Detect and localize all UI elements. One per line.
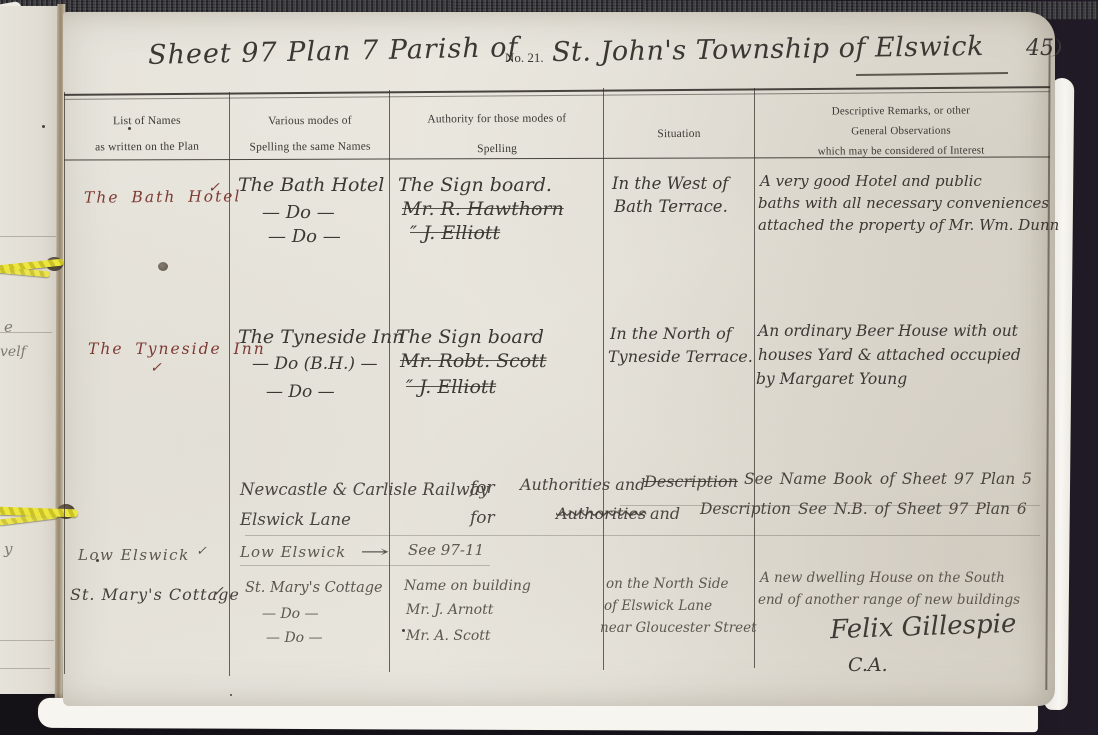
column-header-spelling-modes: Various modes of Spelling the same Names: [231, 107, 389, 160]
bath-hotel-authority-name: ″ J. Elliott: [410, 222, 500, 244]
entry-low-elswick-checkmark: ✓: [196, 544, 207, 559]
st-marys-authority-name: Mr. J. Arnott: [406, 602, 493, 618]
bath-hotel-authority-line: The Sign board.: [398, 174, 552, 196]
low-elswick-reference: See 97-11: [408, 541, 484, 559]
st-marys-situation-line: on the North Side: [606, 576, 729, 592]
elswick-lane-reference: Description See N.B. of Sheet 97 Plan 6: [700, 500, 1027, 518]
st-marys-remarks-line: A new dwelling House on the South: [760, 570, 1005, 586]
st-marys-situation-line: of Elswick Lane: [604, 598, 712, 614]
entry-low-elswick-name: Low Elswick: [78, 546, 190, 564]
tyneside-inn-spelling-line: The Tyneside Inn: [238, 326, 404, 348]
tyneside-inn-remarks-line: houses Yard & attached occupied: [758, 346, 1021, 364]
elswick-lane-and: and: [650, 504, 680, 523]
tyneside-inn-authority-line: The Sign board: [396, 326, 544, 348]
entry-bath-hotel-checkmark: ✓: [208, 180, 220, 196]
st-marys-remarks-line: end of another range of new buildings: [758, 592, 1020, 608]
tyneside-inn-authority-name: Mr. Robt. Scott: [400, 350, 547, 372]
bath-hotel-situation-line: Bath Terrace.: [614, 197, 728, 216]
scanned-document: e velf y Sheet 97 Plan 7 Parish of No. 2…: [0, 0, 1098, 735]
entry-tyneside-inn-checkmark: ✓: [150, 360, 162, 376]
table-vertical-line: [64, 92, 65, 674]
prev-page-rule: [0, 640, 54, 641]
st-marys-spelling-ditto: — Do —: [266, 630, 323, 646]
edge-handwriting-fragment: velf: [0, 344, 26, 360]
edge-handwriting-fragment: y: [4, 540, 12, 558]
edge-handwriting-fragment: e: [4, 318, 13, 336]
tyneside-inn-situation-line: In the North of: [610, 324, 732, 343]
paper-speck: [42, 125, 45, 128]
elswick-lane-name: Elswick Lane: [240, 510, 351, 529]
bath-hotel-spelling-ditto: — Do —: [262, 202, 335, 223]
bath-hotel-remarks-line: attached the property of Mr. Wm. Dunn: [758, 216, 1059, 234]
bath-hotel-remarks-line: A very good Hotel and public: [760, 172, 982, 190]
low-elswick-spelling: Low Elswick: [240, 543, 346, 561]
railway-authorities-and: Authorities and: [520, 475, 645, 494]
header-township: St. John's Township of Elswick: [552, 31, 984, 68]
bath-hotel-situation-line: In the West of: [612, 174, 728, 193]
low-elswick-arrow: →: [360, 542, 389, 561]
bath-hotel-remarks-line: baths with all necessary conveniences: [758, 194, 1049, 212]
st-marys-spelling-ditto: — Do —: [262, 606, 319, 622]
st-marys-authority-name: Mr. A. Scott: [406, 628, 491, 644]
tyneside-inn-remarks-line: An ordinary Beer House with out: [758, 322, 1018, 340]
surveyor-title: C.A.: [848, 654, 888, 676]
prev-page-rule: [0, 236, 56, 237]
bath-hotel-authority-name: Mr. R. Hawthorn: [402, 198, 564, 220]
table-vertical-line: [603, 88, 604, 670]
railway-description-struck: Description: [644, 472, 738, 491]
elswick-lane-for-word: for: [470, 508, 495, 528]
tyneside-inn-remarks-line: by Margaret Young: [756, 370, 907, 388]
faint-guide-line: [245, 535, 1040, 536]
st-marys-situation-line: near Gloucester Street: [600, 620, 757, 636]
column-header-authority: Authority for those modes of Spelling: [391, 103, 603, 164]
column-header-list-of-names: List of Names as written on the Plan: [66, 107, 228, 160]
railway-reference: See Name Book of Sheet 97 Plan 5: [744, 470, 1032, 488]
railway-for-word: for: [470, 478, 495, 498]
entry-st-marys-checkmark: ✓: [212, 584, 224, 600]
railway-name: Newcastle & Carlisle Railway: [240, 480, 489, 499]
column-header-situation: Situation: [605, 120, 753, 147]
punch-hole: [158, 262, 168, 271]
tyneside-inn-spelling-ditto: — Do —: [266, 382, 335, 402]
table-vertical-line: [389, 90, 390, 672]
tyneside-inn-situation-line: Tyneside Terrace.: [608, 347, 753, 366]
paper-speck: [402, 629, 405, 632]
tyneside-inn-spelling-ditto: — Do (B.H.) —: [252, 354, 377, 374]
prev-page-rule: [0, 668, 50, 669]
column-header-remarks: Descriptive Remarks, or other General Ob…: [756, 100, 1046, 162]
bath-hotel-spelling-line: The Bath Hotel: [238, 174, 384, 196]
tyneside-inn-authority-name: ″ J. Elliott: [406, 376, 496, 398]
st-marys-spelling-line: St. Mary's Cottage: [245, 580, 383, 596]
paper-speck: [230, 694, 232, 696]
printed-form-number: No. 21.: [505, 50, 544, 66]
st-marys-authority-line: Name on building: [404, 578, 531, 594]
bath-hotel-spelling-ditto: — Do —: [268, 226, 341, 247]
faint-guide-line: [240, 565, 490, 566]
elswick-lane-authorities-struck: Authorities: [556, 504, 646, 523]
